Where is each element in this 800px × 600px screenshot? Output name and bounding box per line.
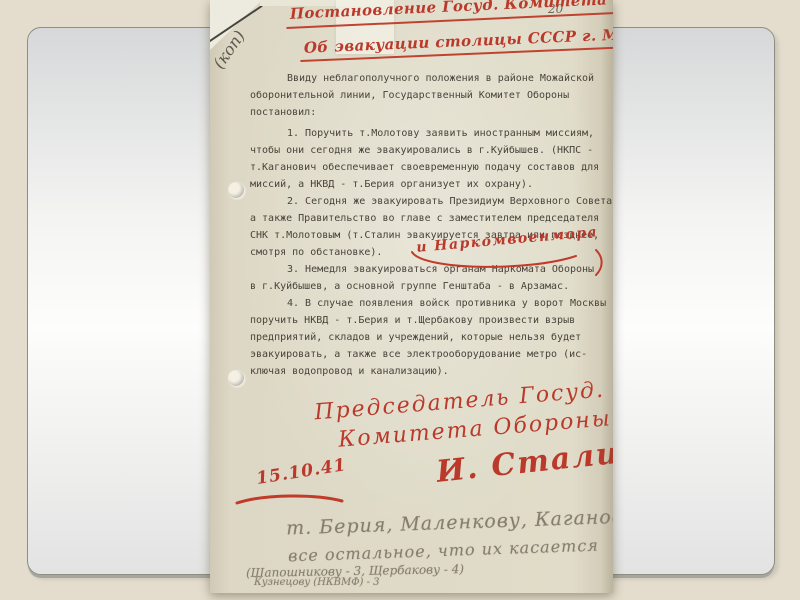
pencil-note-line-4: Кузнецову (НКВМФ) - 3 (254, 577, 380, 588)
typed-line: миссий, а НКВД - т.Берия организует их о… (250, 176, 606, 193)
typed-line: 4. В случае появления войск противника у… (250, 295, 606, 312)
document-photo: 20 (коп) Постановление Госуд. Комитета О… (210, 0, 613, 593)
date-underline-flourish (234, 492, 346, 508)
typed-line: 2. Сегодня же эвакуировать Президиум Вер… (250, 193, 606, 210)
typed-line: поручить НКВД - т.Берия и т.Щербакову пр… (250, 312, 606, 329)
typed-line: Ввиду неблагополучного положения в район… (250, 70, 606, 87)
pencil-note-line-2: все остальное, что их касается (288, 536, 599, 566)
typed-line: эвакуировать, а также все электрооборудо… (250, 346, 606, 363)
paragraph: 4. В случае появления войск противника у… (250, 295, 606, 380)
typed-line: 1. Поручить т.Молотову заявить иностранн… (250, 125, 606, 142)
punch-hole-top (228, 182, 244, 198)
paragraph: 1. Поручить т.Молотову заявить иностранн… (250, 125, 606, 193)
paragraph: Ввиду неблагополучного положения в район… (250, 70, 606, 121)
typed-line: в г.Куйбышев, а основной группе Генштаба… (250, 278, 606, 295)
typed-line: чтобы они сегодня же эвакуировались в г.… (250, 142, 606, 159)
title-line-1: Постановление Госуд. Комитета Обороны (285, 0, 613, 29)
typed-line: постановил: (250, 104, 606, 121)
typed-body: Ввиду неблагополучного положения в район… (250, 70, 606, 380)
typed-line: оборонительной линии, Государственный Ко… (250, 87, 606, 104)
typed-line: т.Каганович обеспечивает своевременную п… (250, 159, 606, 176)
typed-line: предприятий, складов и учреждений, котор… (250, 329, 606, 346)
punch-hole-bottom (228, 370, 244, 386)
typed-line: а также Правительство во главе с замести… (250, 210, 606, 227)
red-insertion-swash (408, 244, 608, 278)
presentation-slide: 20 (коп) Постановление Госуд. Комитета О… (0, 0, 800, 600)
signature-date: 15.10.41 (255, 455, 348, 489)
pencil-note-line-1: т. Берия, Маленкову, Кагановичу (286, 504, 613, 539)
typed-line: ключая водопровод и канализацию). (250, 363, 606, 380)
